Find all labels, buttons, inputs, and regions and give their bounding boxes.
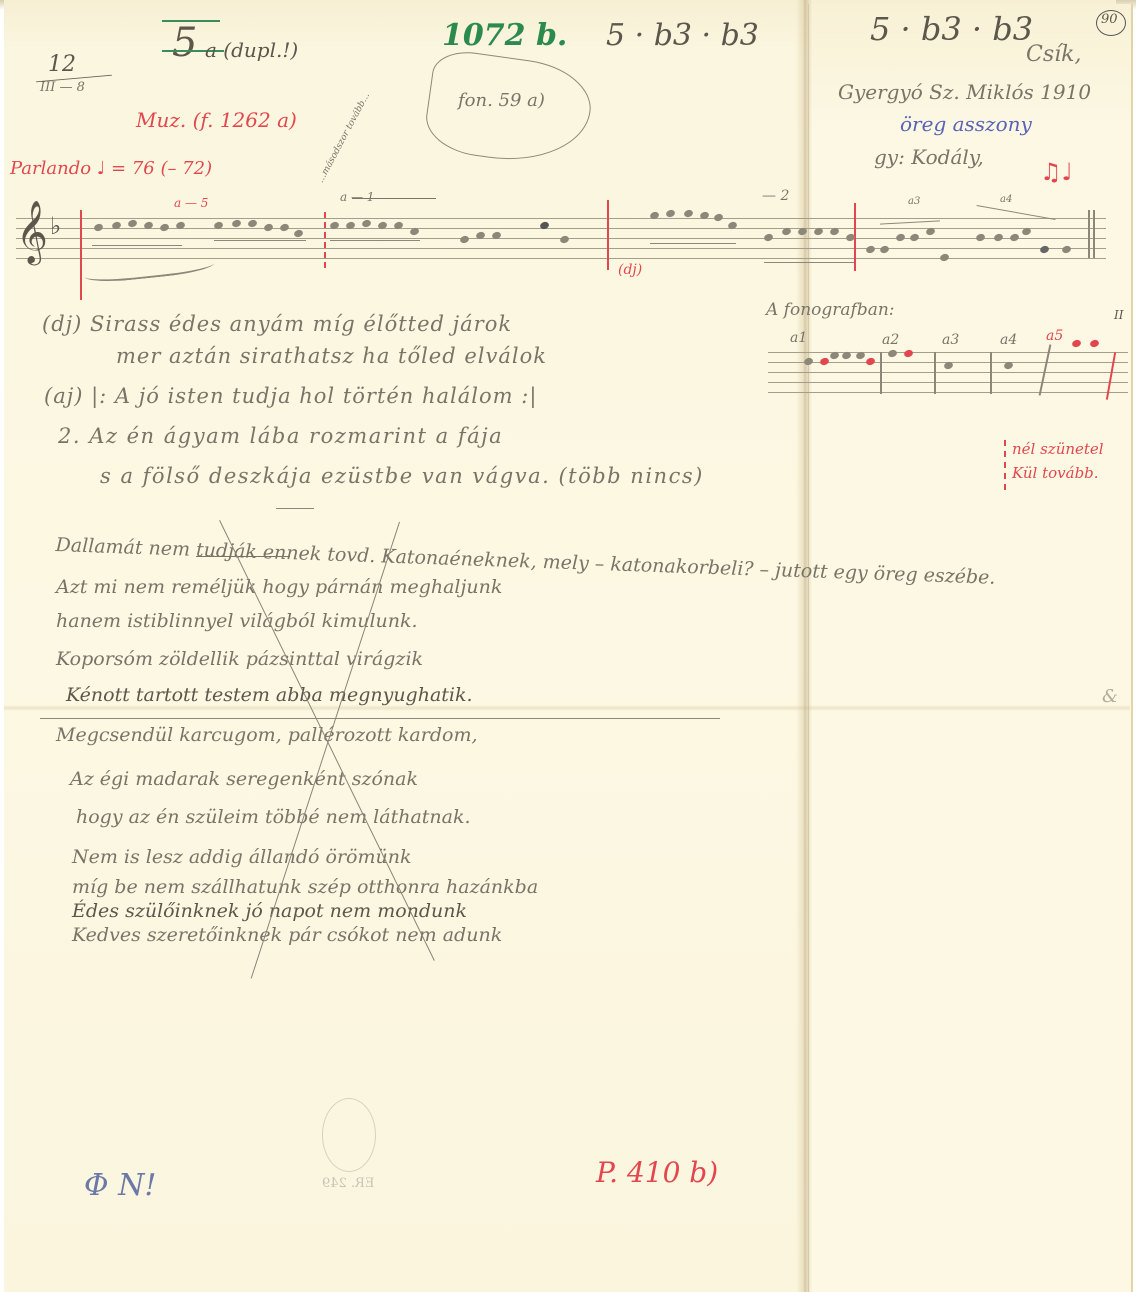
crossed-line-4: Kénott tartott testem abba megnyughatik. bbox=[66, 684, 473, 706]
library-stamp bbox=[322, 1098, 376, 1172]
crossed-line-8: Nem is lesz addig állandó örömünk bbox=[72, 846, 412, 868]
singer-name: öreg asszony bbox=[900, 112, 1032, 136]
fraction-top: 12 bbox=[48, 52, 76, 77]
marking-a3: a3 bbox=[908, 196, 920, 207]
stamp-text: ER. 249 bbox=[322, 1176, 374, 1191]
vertical-fold bbox=[796, 0, 812, 1292]
fonograph-a3: a3 bbox=[942, 332, 959, 348]
red-barline-start bbox=[80, 210, 82, 300]
muz-reference: Muz. (f. 1262 a) bbox=[136, 108, 297, 132]
phi-note: Φ N! bbox=[84, 1168, 156, 1203]
crossed-line-3: Koporsóm zöldellik pázsinttal virágzik bbox=[56, 648, 423, 670]
crossed-line-11: Kedves szeretőinknek pár csókot nem adun… bbox=[72, 924, 502, 946]
place-name: Csík, bbox=[1026, 42, 1081, 67]
struck-number: 5 bbox=[172, 20, 197, 66]
section-divider bbox=[276, 508, 314, 509]
rhythm-glyph: ♫♩ bbox=[1040, 158, 1073, 186]
treble-clef-icon: 𝄞 bbox=[16, 200, 48, 264]
marking-a1-line bbox=[352, 198, 436, 199]
underline-nem-tudjak bbox=[196, 556, 290, 557]
red-dj-annotation: (dj) bbox=[618, 262, 642, 278]
collector: gy: Kodály, bbox=[874, 145, 984, 169]
marking-2: — 2 bbox=[762, 188, 789, 204]
red-side-bar bbox=[1004, 440, 1006, 490]
red-p-reference: P. 410 b) bbox=[596, 1156, 718, 1189]
crossed-line-6: Az égi madarak seregenként szónak bbox=[70, 768, 418, 790]
scale-code-left: 5 · b3 · b3 bbox=[606, 18, 759, 53]
fon-reference: fon. 59 a) bbox=[458, 90, 545, 111]
flat-key-icon: ♭ bbox=[50, 212, 61, 240]
duplicate-note: a (dupl.!) bbox=[205, 38, 298, 62]
page-number: 90 bbox=[1101, 12, 1118, 27]
marking-a5: a — 5 bbox=[174, 196, 208, 210]
fonograph-label: A fonografban: bbox=[766, 300, 895, 320]
red-side-note-2: Kül tovább. bbox=[1012, 464, 1099, 482]
crossed-line-9: míg be nem szállhatunk szép otthonra haz… bbox=[72, 876, 538, 898]
singer-location: Gyergyó Sz. Miklós 1910 bbox=[838, 80, 1091, 104]
catalog-number: 1072 b. bbox=[442, 18, 567, 53]
crossed-line-7: hogy az én szüleim többé nem láthatnak. bbox=[76, 806, 471, 828]
red-barline-dashed bbox=[324, 212, 328, 268]
manuscript-right-flap bbox=[808, 4, 1133, 1292]
scale-code-right: 5 · b3 · b3 bbox=[870, 10, 1033, 48]
crossed-divider bbox=[40, 718, 720, 719]
lyric-line-1: (dj) Sirass édes anyám míg élőtted járok bbox=[42, 312, 512, 336]
verse2-line-1: 2. Az én ágyam lába rozmarint a fája bbox=[58, 424, 503, 448]
crossed-line-5: Megcsendül karcugom, pallérozott kardom, bbox=[56, 724, 478, 746]
lyric-line-3: (aj) |: A jó isten tudja hol történ halá… bbox=[44, 384, 537, 408]
marking-a1: a — 1 bbox=[340, 190, 374, 204]
lyric-line-2: mer aztán sirathatsz ha tőled elválok bbox=[116, 344, 547, 368]
verse2-line-2: s a fölső deszkája ezüstbe van vágva. (t… bbox=[100, 464, 704, 488]
tempo-marking: Parlando ♩ = 76 (– 72) bbox=[10, 158, 212, 179]
crossed-line-1: Azt mi nem reméljük hogy párnán meghalju… bbox=[56, 576, 502, 598]
marking-a4: a4 bbox=[1000, 194, 1012, 205]
corner-mark: & bbox=[1102, 686, 1118, 707]
fonograph-a2: a2 bbox=[882, 332, 899, 348]
fonograph-a1: a1 bbox=[790, 330, 807, 346]
red-side-note-1: nél szünetel bbox=[1012, 440, 1104, 458]
green-strike-top bbox=[162, 20, 220, 22]
fonograph-roman: II bbox=[1114, 308, 1123, 322]
final-double-barline bbox=[1088, 210, 1095, 258]
fonograph-a4: a4 bbox=[1000, 332, 1017, 348]
red-barline-2 bbox=[607, 200, 609, 270]
fraction-bottom: III — 8 bbox=[40, 80, 85, 95]
fonograph-a5: a5 bbox=[1046, 328, 1063, 344]
